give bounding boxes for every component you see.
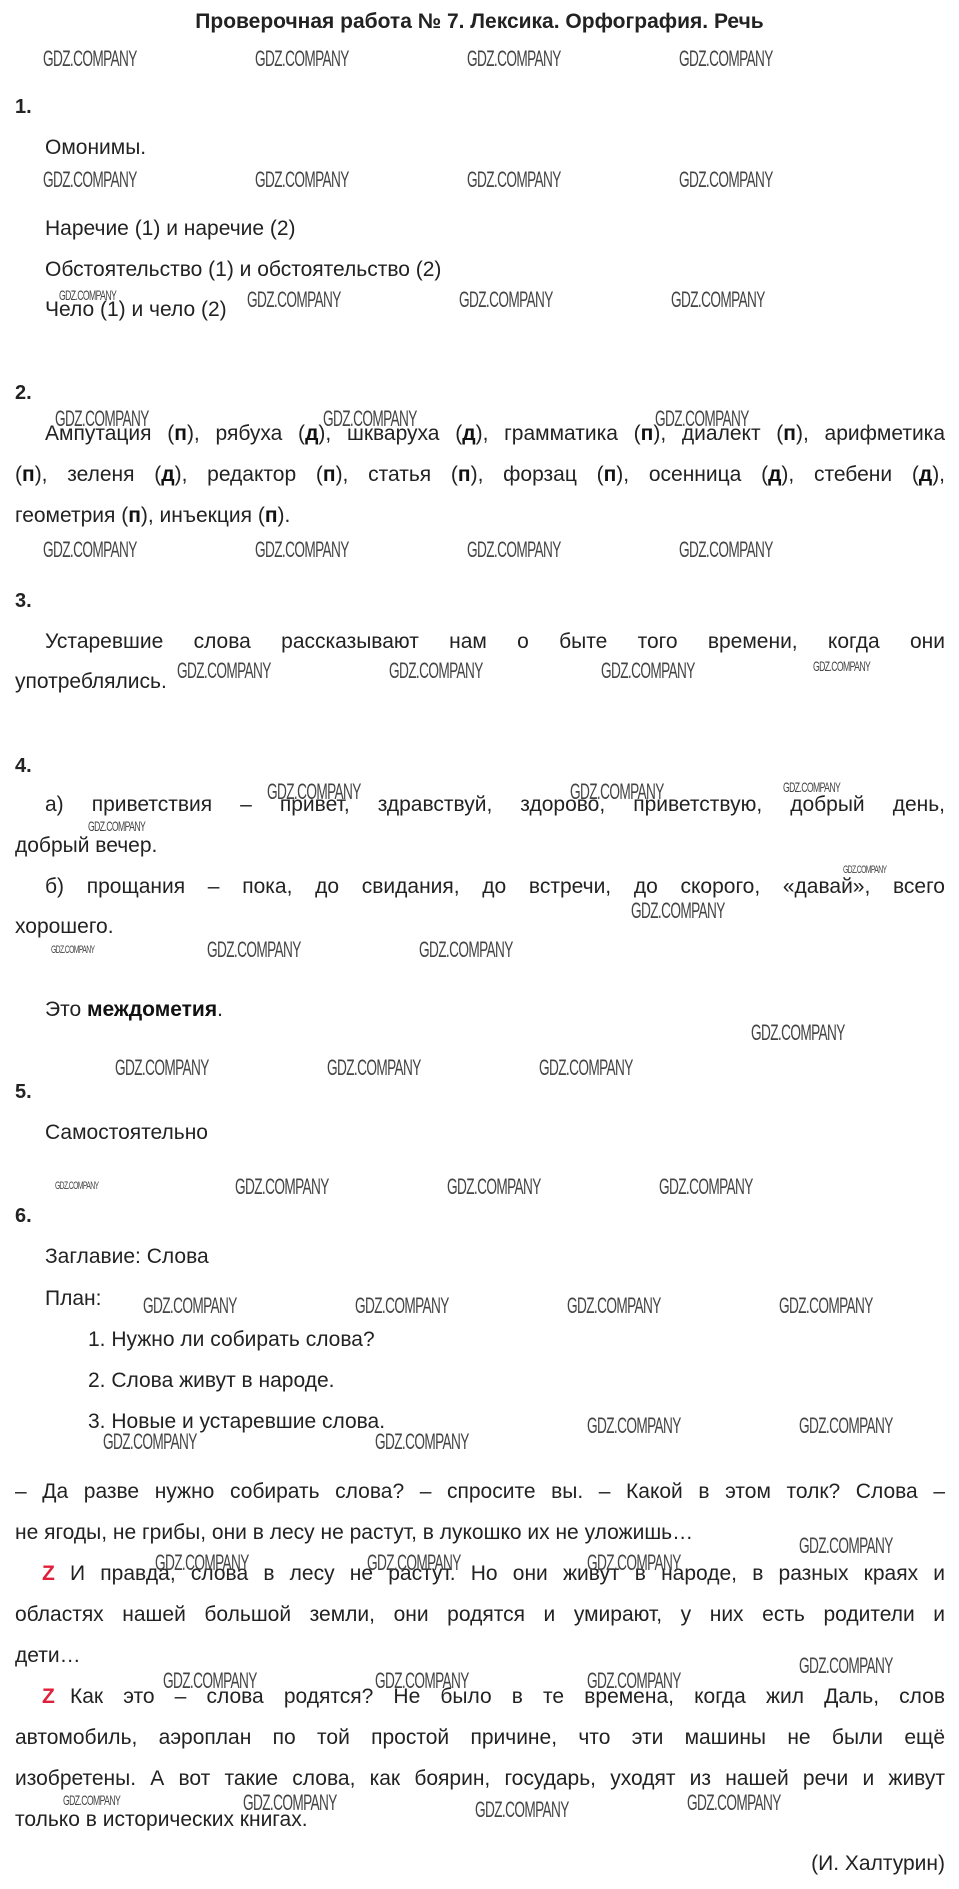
- watermark: GDZ.COMPANY: [43, 46, 137, 72]
- task4-line: добрый вечер.: [15, 834, 157, 858]
- watermark: GDZ.COMPANY: [587, 1413, 681, 1439]
- watermark: GDZ.COMPANY: [51, 944, 94, 956]
- story-line: автомобиль, аэроплан по той простой прич…: [15, 1726, 945, 1750]
- watermark: GDZ.COMPANY: [467, 46, 561, 72]
- task3-line: Устаревшие слова рассказывают нам о быте…: [45, 630, 945, 654]
- watermark: GDZ.COMPANY: [375, 1668, 469, 1694]
- watermark: GDZ.COMPANY: [43, 167, 137, 193]
- watermark: GDZ.COMPANY: [459, 287, 553, 313]
- watermark: GDZ.COMPANY: [679, 46, 773, 72]
- watermark: GDZ.COMPANY: [687, 1790, 781, 1816]
- watermark: GDZ.COMPANY: [367, 1550, 461, 1576]
- watermark: GDZ.COMPANY: [671, 287, 765, 313]
- watermark: GDZ.COMPANY: [235, 1174, 329, 1200]
- watermark: GDZ.COMPANY: [247, 287, 341, 313]
- story-line: не ягоды, не грибы, они в лесу не растут…: [15, 1521, 693, 1545]
- watermark: GDZ.COMPANY: [327, 1055, 421, 1081]
- story-line: изобретены. А вот такие слова, как бояри…: [15, 1767, 945, 1791]
- watermark: GDZ.COMPANY: [655, 406, 749, 432]
- watermark: GDZ.COMPANY: [799, 1413, 893, 1439]
- watermark: GDZ.COMPANY: [631, 898, 725, 924]
- watermark: GDZ.COMPANY: [419, 937, 513, 963]
- watermark: GDZ.COMPANY: [143, 1293, 237, 1319]
- plan-label: План:: [45, 1287, 101, 1311]
- conclusion-prefix: Это: [45, 998, 87, 1021]
- watermark: GDZ.COMPANY: [659, 1174, 753, 1200]
- watermark: GDZ.COMPANY: [751, 1020, 845, 1046]
- watermark: GDZ.COMPANY: [783, 779, 840, 795]
- task-number-2: 2.: [15, 382, 32, 405]
- watermark: GDZ.COMPANY: [587, 1550, 681, 1576]
- watermark: GDZ.COMPANY: [389, 658, 483, 684]
- watermark: GDZ.COMPANY: [375, 1429, 469, 1455]
- watermark: GDZ.COMPANY: [843, 864, 886, 876]
- z-marker-icon: Z: [42, 1562, 55, 1586]
- task-number-6: 6.: [15, 1205, 32, 1228]
- task2-line: (п), зеленя (д), редактор (п), статья (п…: [15, 463, 945, 487]
- watermark: GDZ.COMPANY: [601, 658, 695, 684]
- conclusion-bold: междометия: [87, 998, 217, 1021]
- task-number-3: 3.: [15, 590, 32, 613]
- watermark: GDZ.COMPANY: [55, 1180, 98, 1192]
- watermark: GDZ.COMPANY: [255, 46, 349, 72]
- watermark: GDZ.COMPANY: [475, 1797, 569, 1823]
- author: (И. Халтурин): [811, 1852, 945, 1876]
- watermark: GDZ.COMPANY: [255, 167, 349, 193]
- watermark: GDZ.COMPANY: [813, 658, 870, 674]
- watermark: GDZ.COMPANY: [779, 1293, 873, 1319]
- watermark: GDZ.COMPANY: [799, 1533, 893, 1559]
- watermark: GDZ.COMPANY: [467, 167, 561, 193]
- watermark: GDZ.COMPANY: [467, 537, 561, 563]
- watermark: GDZ.COMPANY: [43, 537, 137, 563]
- watermark: GDZ.COMPANY: [103, 1429, 197, 1455]
- conclusion-suffix: .: [217, 998, 223, 1021]
- watermark: GDZ.COMPANY: [447, 1174, 541, 1200]
- plan-item: 1. Нужно ли собирать слова?: [88, 1328, 375, 1352]
- task4-line: б) прощания – пока, до свидания, до встр…: [45, 875, 945, 899]
- watermark: GDZ.COMPANY: [163, 1668, 257, 1694]
- watermark: GDZ.COMPANY: [63, 1792, 120, 1808]
- task2-line: Ампутация (п), рябуха (д), шкваруха (д),…: [45, 422, 945, 446]
- watermark: GDZ.COMPANY: [587, 1668, 681, 1694]
- task-number-1: 1.: [15, 96, 32, 119]
- task4-line: а) приветствия – привет, здравствуй, здо…: [45, 793, 945, 817]
- task5-text: Самостоятельно: [45, 1121, 208, 1145]
- watermark: GDZ.COMPANY: [255, 537, 349, 563]
- watermark: GDZ.COMPANY: [323, 406, 417, 432]
- plan-item: 2. Слова живут в народе.: [88, 1369, 334, 1393]
- story-line: областях нашей большой земли, они родятс…: [15, 1603, 945, 1627]
- watermark: GDZ.COMPANY: [207, 937, 301, 963]
- task4-conclusion: Это междометия.: [45, 998, 223, 1022]
- watermark: GDZ.COMPANY: [115, 1055, 209, 1081]
- z-marker-icon: Z: [42, 1685, 55, 1709]
- task1-line: Обстоятельство (1) и обстоятельство (2): [45, 258, 441, 282]
- watermark: GDZ.COMPANY: [88, 818, 145, 834]
- task2-line: геометрия (п), инъекция (п).: [15, 504, 290, 528]
- watermark: GDZ.COMPANY: [267, 779, 361, 805]
- watermark: GDZ.COMPANY: [567, 1293, 661, 1319]
- watermark: GDZ.COMPANY: [799, 1653, 893, 1679]
- watermark: GDZ.COMPANY: [55, 406, 149, 432]
- watermark: GDZ.COMPANY: [243, 1790, 337, 1816]
- task1-line: Омонимы.: [45, 136, 146, 160]
- watermark: GDZ.COMPANY: [679, 537, 773, 563]
- task6-heading: Заглавие: Слова: [45, 1245, 209, 1269]
- task1-line: Наречие (1) и наречие (2): [45, 217, 296, 241]
- story-line: дети…: [15, 1644, 81, 1668]
- page-title: Проверочная работа № 7. Лексика. Орфогра…: [0, 10, 959, 34]
- watermark: GDZ.COMPANY: [177, 658, 271, 684]
- task3-line: употреблялись.: [15, 670, 167, 694]
- task-number-5: 5.: [15, 1081, 32, 1104]
- watermark: GDZ.COMPANY: [539, 1055, 633, 1081]
- watermark: GDZ.COMPANY: [570, 779, 664, 805]
- watermark: GDZ.COMPANY: [59, 287, 116, 303]
- story-line: – Да разве нужно собирать слова? – спрос…: [15, 1480, 945, 1504]
- watermark: GDZ.COMPANY: [355, 1293, 449, 1319]
- watermark: GDZ.COMPANY: [155, 1550, 249, 1576]
- task-number-4: 4.: [15, 755, 32, 778]
- task4-line: хорошего.: [15, 915, 114, 939]
- watermark: GDZ.COMPANY: [679, 167, 773, 193]
